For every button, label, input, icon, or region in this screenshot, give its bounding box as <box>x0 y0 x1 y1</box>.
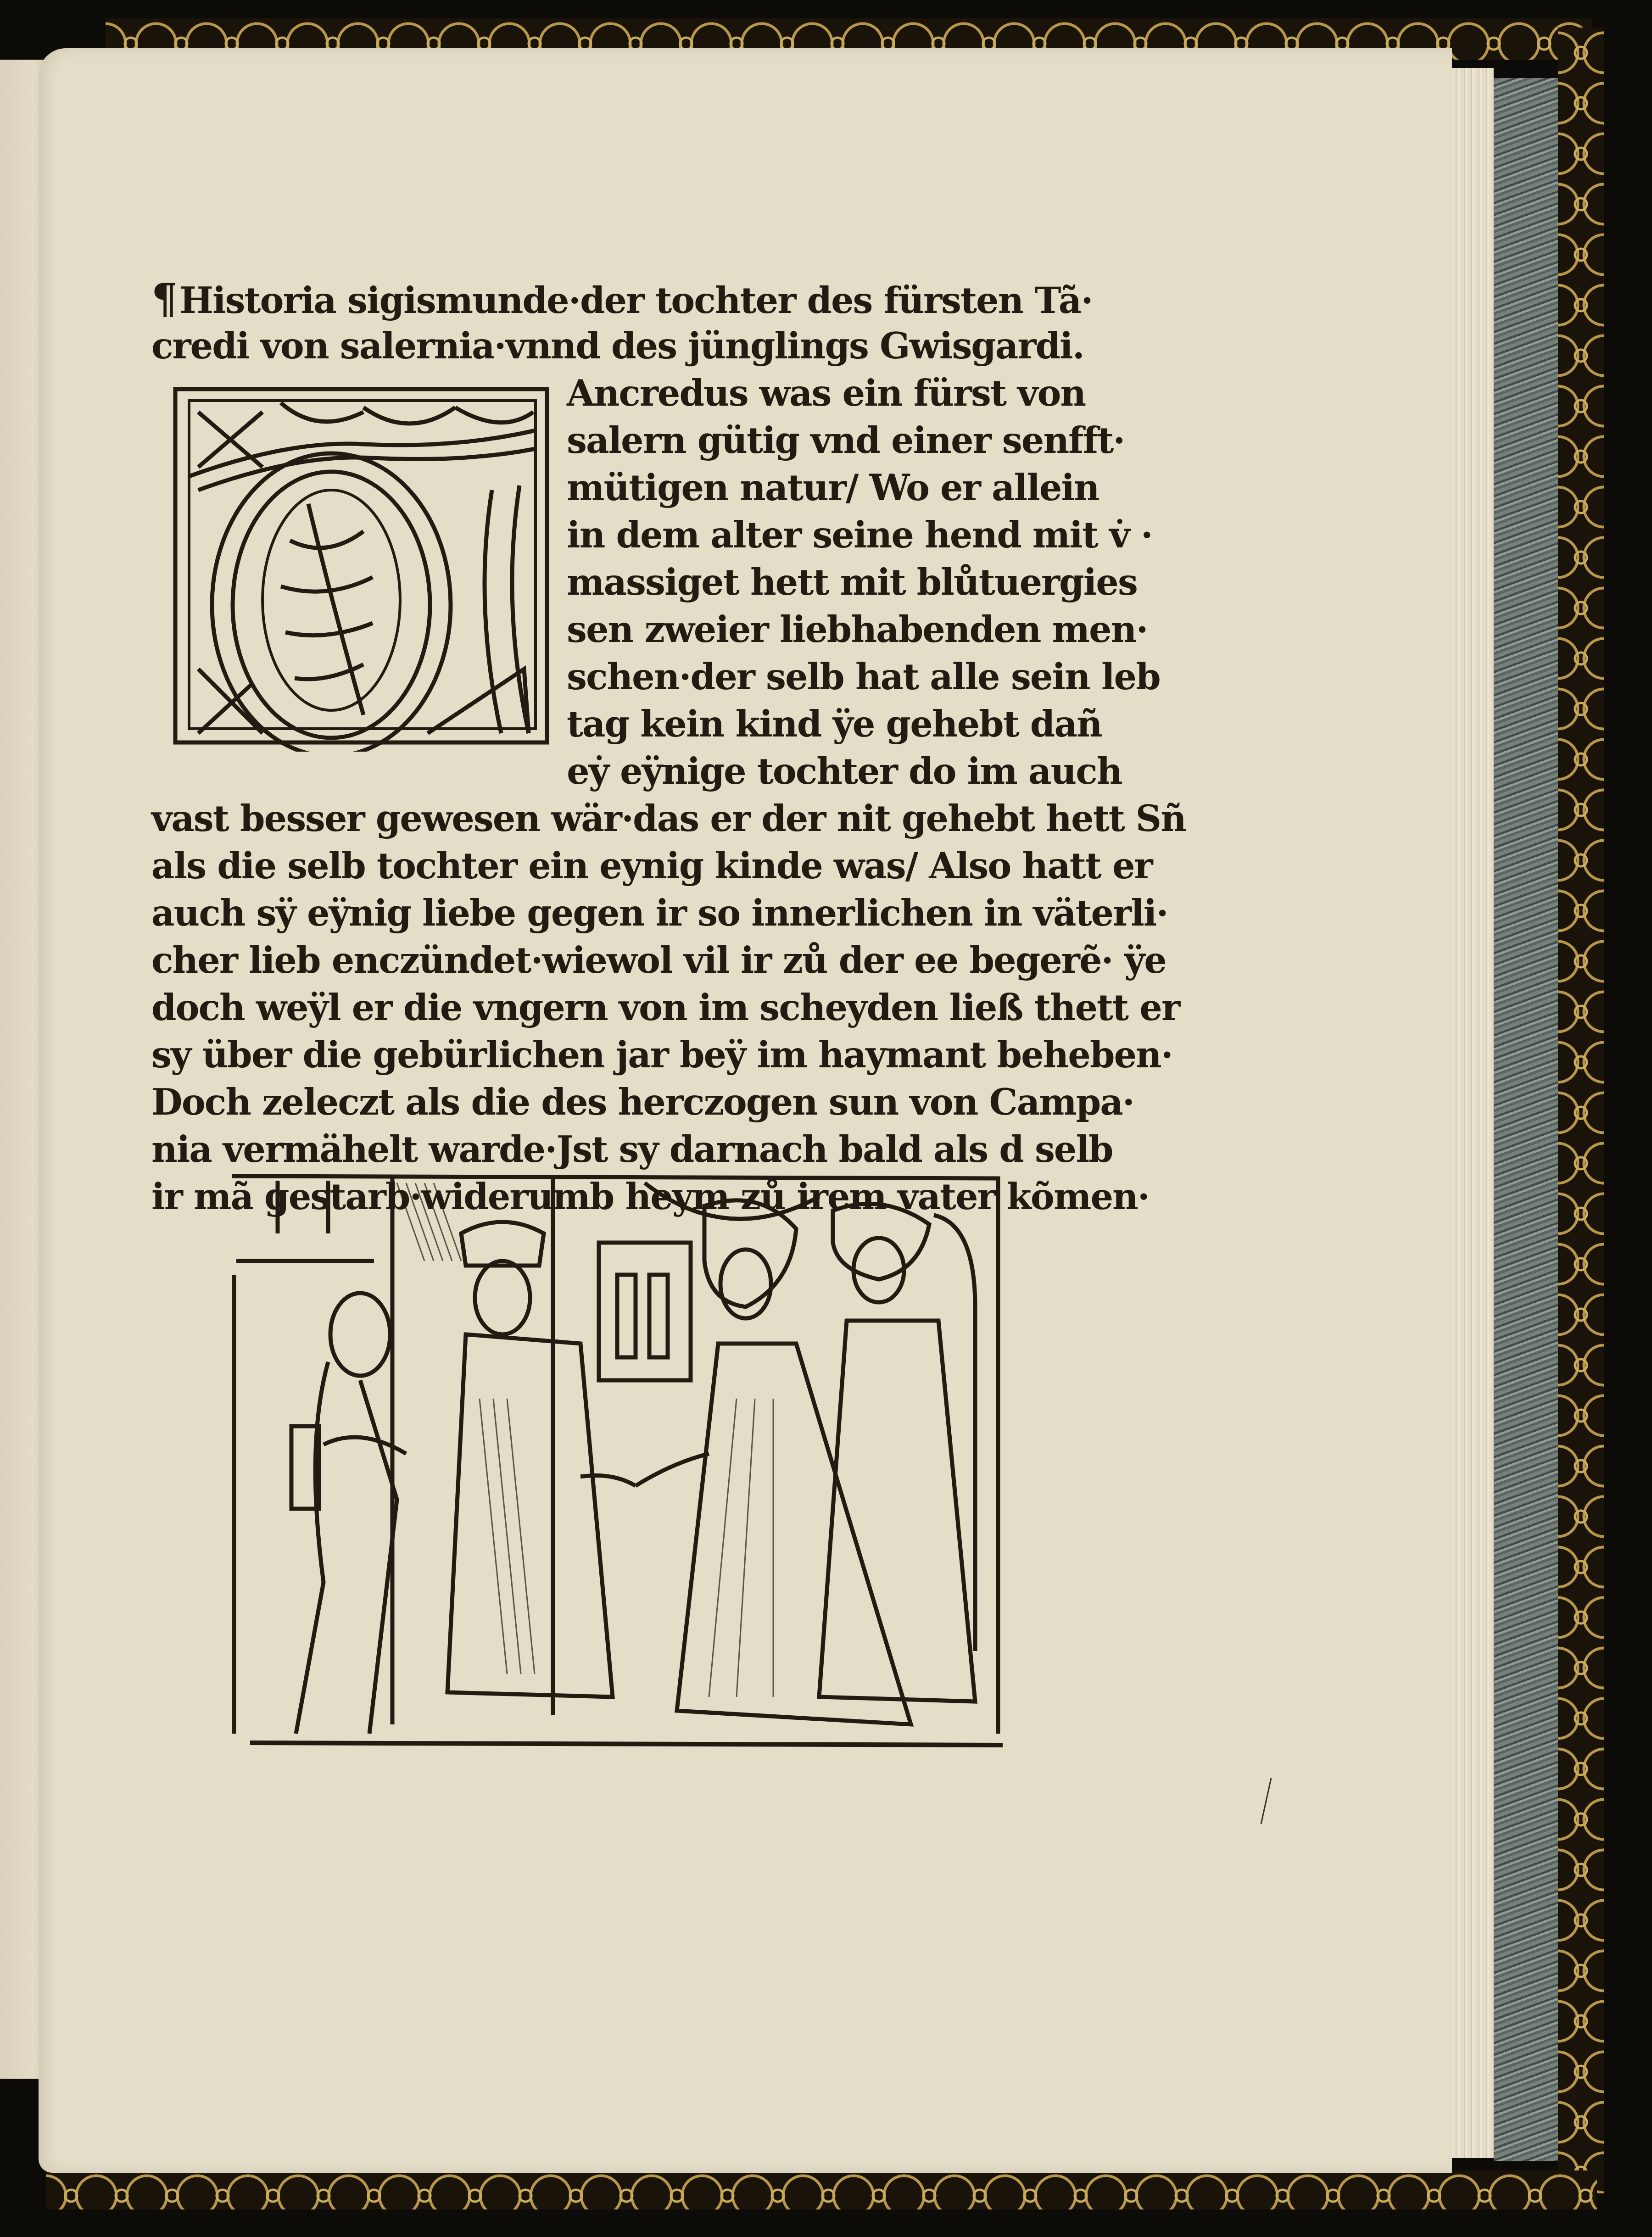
pilcrow-icon: ¶ <box>151 274 177 323</box>
page-block-edges <box>1445 68 1494 2158</box>
body-line: doch weÿl er die vngern von im scheyden … <box>151 984 1092 1032</box>
pen-mark <box>1257 1776 1276 1826</box>
heading-text-1: Historia sigismunde·der tochter des fürs… <box>179 280 1092 322</box>
scan-background: ¶Historia sigismunde·der tochter des für… <box>0 0 1652 2237</box>
gilt-border-right <box>1558 28 1604 2193</box>
body-line: cher lieb enczündet·wiewol vil ir zů der… <box>151 937 1092 984</box>
woodcut-illustration <box>223 1169 1012 1754</box>
body-line: auch sÿ eÿnig liebe gegen ir so innerlic… <box>151 890 1092 937</box>
body-line: eẏ eÿnige tochter do im auch <box>151 748 1092 795</box>
heading-line-2: credi von salernia·vnnd des jünglings Gw… <box>151 323 1092 370</box>
heading-line-1: ¶Historia sigismunde·der tochter des für… <box>151 275 1092 323</box>
marbled-endpaper <box>1494 78 1558 2161</box>
gilt-border-bottom <box>46 2170 1597 2209</box>
body-line: Doch zeleczt als die des herczogen sun v… <box>151 1079 1092 1126</box>
body-line: vast besser gewesen wär·das er der nit g… <box>151 795 1092 842</box>
body-line: nia vermähelt warde·Jst sy darnach bald … <box>151 1126 1092 1173</box>
decorated-initial-icon <box>171 385 552 752</box>
body-line: als die selb tochter ein eynig kinde was… <box>151 842 1092 890</box>
body-line: sy über die gebürlichen jar beÿ im hayma… <box>151 1032 1092 1079</box>
